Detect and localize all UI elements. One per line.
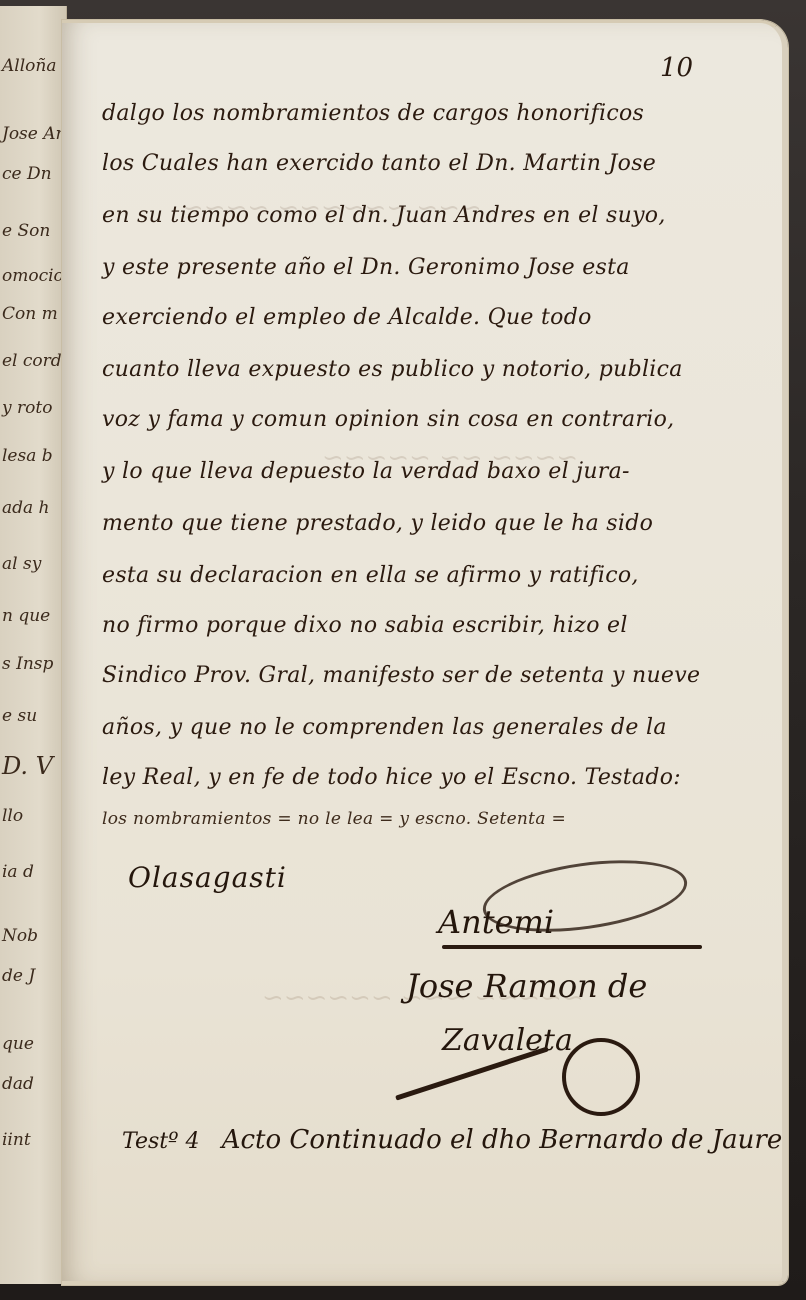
text-line: los Cuales han exercido tanto el Dn. Mar… [102,151,656,176]
manuscript-page: ~~~ ~~~~~~ ~~~~ ~~~~ ~~ ~~~~~ ~~~~~ ~~~ … [62,20,788,1285]
folio-number: 10 [660,53,693,83]
facing-text: Jose An [2,124,66,144]
text-line: años, y que no le comprenden las general… [102,715,667,740]
text-line: cuanto lleva expuesto es publico y notor… [102,357,683,382]
facing-text: dad [2,1074,34,1094]
text-line: y lo que lleva depuesto la verdad baxo e… [102,459,630,484]
facing-text: n que [2,606,50,626]
text-line: y este presente año el Dn. Geronimo Jose… [102,255,630,280]
text-line: en su tiempo como el dn. Juan Andres en … [102,203,666,228]
facing-text: D. V [2,752,53,780]
facing-page-fragment: Alloña Jose An ce Dn e Son omocio Con m … [0,6,67,1284]
facing-text: e Son [2,221,50,241]
text-line-continuation: Testº 4 Acto Continuado el dho Bernardo … [122,1125,788,1155]
signature-olasagasti: Olasagasti [128,861,287,894]
facing-text: omocio [2,266,64,286]
facing-text: ada h [2,498,50,518]
facing-text: Con m [2,304,58,324]
facing-text: que [2,1034,34,1054]
acto-continuado-line: Acto Continuado el dho Bernardo de Jaure… [222,1125,788,1155]
facing-text: llo [2,806,23,826]
facing-text: ce Dn [2,164,52,184]
facing-text: e su [2,706,37,726]
facing-text: y roto [2,398,52,418]
margin-note: Testº 4 [122,1129,199,1154]
text-line: exerciendo el empleo de Alcalde. Que tod… [102,305,592,330]
facing-text: s Insp [2,654,53,674]
text-line: Sindico Prov. Gral, manifesto ser de set… [102,663,700,688]
facing-text: de J [2,966,35,986]
facing-text: lesa b [2,446,53,466]
text-line: voz y fama y comun opinion sin cosa en c… [102,407,674,432]
facing-text: iint [2,1130,31,1150]
text-line: esta su declaracion en ella se afirmo y … [102,563,639,588]
text-line: dalgo los nombramientos de cargos honori… [102,101,644,126]
signature-jose-ramon: Jose Ramon de [406,967,647,1005]
text-line: no firmo porque dixo no sabia escribir, … [102,613,628,638]
text-line: mento que tiene prestado, y leido que le… [102,511,653,536]
signature-underline [442,945,702,949]
facing-text: Nob [2,926,38,946]
facing-text: Alloña [2,56,56,76]
text-line-amendments: los nombramientos = no le lea = y escno.… [102,809,566,829]
facing-text: el cord [2,351,62,371]
facing-text: al sy [2,554,41,574]
signature-zavaleta: Zavaleta [442,1023,573,1058]
rubric-flourish [562,1038,640,1116]
signature-antemi: Antemi [438,903,554,941]
facing-text: ia d [2,862,34,882]
text-line: ley Real, y en fe de todo hice yo el Esc… [102,765,681,790]
